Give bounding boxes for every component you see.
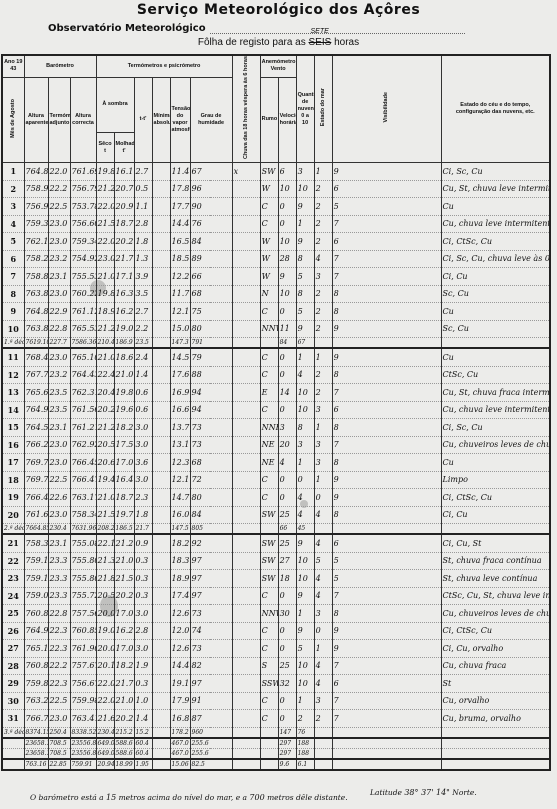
cell-tens: 16.0	[170, 506, 190, 524]
summary-hum: 805	[190, 524, 232, 535]
cell-corr: 755.80	[70, 552, 96, 570]
cell-seco: 19.4	[96, 471, 114, 489]
cell-vis: 8	[332, 419, 441, 437]
cell-nuv: 2	[296, 710, 314, 728]
cell-term: 22.5	[48, 471, 70, 489]
cell-min	[152, 366, 170, 384]
corrected-height-header: Altura correcta	[70, 77, 96, 163]
totals-cell: 255.6	[190, 748, 232, 759]
summary-mar	[314, 338, 332, 349]
anemometer-header: AnemómetroVento	[260, 55, 296, 77]
cell-corr: 762.31	[70, 384, 96, 402]
cell-obs: Ci, CtSc, Cu	[441, 489, 550, 507]
cell-alt: 764.80	[24, 303, 48, 321]
cell-min	[152, 471, 170, 489]
cell-day: 3	[2, 198, 24, 216]
cell-molh: 16.1	[114, 163, 134, 181]
summary-min	[152, 727, 170, 738]
cell-nuv: 1	[296, 215, 314, 233]
cell-alt: 756.90	[24, 198, 48, 216]
cell-corr: 765.10	[70, 348, 96, 366]
totals-cell: 297	[278, 748, 296, 759]
cell-tens: 12.0	[170, 622, 190, 640]
cell-rumo: NE	[260, 454, 278, 472]
cell-alt: 764.95	[24, 622, 48, 640]
cell-day: 28	[2, 657, 24, 675]
totals-cell	[232, 748, 260, 759]
cell-tens: 14.5	[170, 348, 190, 366]
summary-hum: 791	[190, 338, 232, 349]
summary-term: 230.4	[48, 524, 70, 535]
cell-tens: 15.0	[170, 320, 190, 338]
cell-nuv: 1	[296, 454, 314, 472]
cell-day: 17	[2, 454, 24, 472]
sky-state-header: Estado do céu e do tempo, configuração d…	[441, 55, 550, 163]
cell-corr: 756.79	[70, 180, 96, 198]
cell-alt: 760.85	[24, 657, 48, 675]
table-row: 6758.2023.2754.9223.021.71.318.589W28847…	[2, 250, 550, 268]
cell-vis: 9	[332, 320, 441, 338]
cell-seco: 21.0	[96, 348, 114, 366]
cell-corr: 757.67	[70, 657, 96, 675]
cell-vel: 18	[278, 570, 296, 588]
cell-tt: 0.6	[134, 384, 152, 402]
cell-term: 23.1	[48, 419, 70, 437]
cell-tens: 12.1	[170, 471, 190, 489]
cell-min	[152, 587, 170, 605]
cell-mar: 1	[314, 348, 332, 366]
cell-mar: 4	[314, 534, 332, 552]
cell-nuv: 9	[296, 622, 314, 640]
cell-seco: 21.8	[96, 570, 114, 588]
cell-day: 19	[2, 489, 24, 507]
cell-obs: Ci, CtSc, Cu	[441, 233, 550, 251]
totals-cell	[260, 738, 278, 749]
cell-seco: 20.1	[96, 657, 114, 675]
cell-vel: 0	[278, 198, 296, 216]
t-diff-header: t-t'	[134, 77, 152, 163]
cell-day: 22	[2, 552, 24, 570]
observatory-label: Observatório Meteorológico	[48, 23, 206, 34]
cell-vel: 4	[278, 454, 296, 472]
cell-corr: 760.22	[70, 285, 96, 303]
cell-rumo: W	[260, 180, 278, 198]
summary-nuv: 76	[296, 727, 314, 738]
totals-cell: 60.4	[134, 748, 152, 759]
cell-mar: 3	[314, 454, 332, 472]
table-row: 9764.8022.9761.1218.916.22.712.175C0528C…	[2, 303, 550, 321]
cell-term: 23.0	[48, 233, 70, 251]
totals-cell	[232, 738, 260, 749]
cell-mar: 4	[314, 657, 332, 675]
cell-chuva	[232, 233, 260, 251]
cell-nuv: 8	[296, 250, 314, 268]
totals-cell	[441, 759, 550, 770]
cell-chuva	[232, 320, 260, 338]
cell-vis: 8	[332, 454, 441, 472]
cell-term: 23.5	[48, 384, 70, 402]
cell-molh: 16.4	[114, 471, 134, 489]
cell-vel: 10	[278, 180, 296, 198]
cell-term: 23.0	[48, 436, 70, 454]
table-row: 13765.6523.5762.3120.419.80.616.994E1410…	[2, 384, 550, 402]
cell-tens: 12.2	[170, 268, 190, 286]
cell-vis: 6	[332, 534, 441, 552]
visibility-header: Visibilidade	[383, 92, 390, 122]
table-row: 26764.9522.3760.8519.016.22.812.074C0909…	[2, 622, 550, 640]
summary-obs	[441, 727, 550, 738]
cell-hum: 74	[190, 622, 232, 640]
cell-molh: 18.2	[114, 419, 134, 437]
summary-day: 2.ª década	[2, 524, 24, 535]
cell-corr: 765.53	[70, 320, 96, 338]
cell-vel: 0	[278, 622, 296, 640]
table-row: 20761.6023.0758.3421.519.71.816.084SW254…	[2, 506, 550, 524]
cell-tt: 3.6	[134, 454, 152, 472]
cell-corr: 758.34	[70, 506, 96, 524]
cell-chuva	[232, 570, 260, 588]
cell-corr: 763.17	[70, 489, 96, 507]
cell-seco: 22.0	[96, 692, 114, 710]
thermometers-header: Termómetros e psicrómetro	[96, 55, 232, 77]
table-row: 27765.1022.3761.9020.017.03.012.673C0519…	[2, 640, 550, 658]
cell-obs: Sc, Cu	[441, 320, 550, 338]
totals-cell: 297	[278, 738, 296, 749]
cell-molh: 17.1	[114, 268, 134, 286]
cell-molh: 21.0	[114, 692, 134, 710]
cell-term: 22.3	[48, 675, 70, 693]
cell-seco: 20.0	[96, 640, 114, 658]
cell-obs: Cu, chuveiros leves de chuva durante a n…	[441, 436, 550, 454]
cell-vis: 9	[332, 163, 441, 181]
cell-obs: St	[441, 675, 550, 693]
cell-nuv: 10	[296, 570, 314, 588]
cell-nuv: 5	[296, 640, 314, 658]
cell-tens: 12.6	[170, 605, 190, 623]
cell-obs: St, chuva fraca contínua	[441, 552, 550, 570]
cell-rumo: NNW	[260, 605, 278, 623]
cell-vis: 5	[332, 198, 441, 216]
cell-nuv: 4	[296, 366, 314, 384]
cell-tt: 1.8	[134, 233, 152, 251]
cell-term: 23.0	[48, 454, 70, 472]
cell-term: 22.3	[48, 640, 70, 658]
cell-vel: 25	[278, 657, 296, 675]
cell-alt: 763.80	[24, 320, 48, 338]
cell-term: 23.1	[48, 534, 70, 552]
cell-hum: 75	[190, 303, 232, 321]
summary-day: 1.ª década	[2, 338, 24, 349]
cell-alt: 759.85	[24, 675, 48, 693]
cell-obs: Ci, Sc, Cu	[441, 419, 550, 437]
cell-vel: 11	[278, 320, 296, 338]
cell-corr: 755.08	[70, 534, 96, 552]
cell-rumo: NNE	[260, 419, 278, 437]
cell-mar: 3	[314, 401, 332, 419]
summary-molh: 186.9	[114, 338, 134, 349]
table-row: 17769.7523.0766.4520.617.03.612.368NE413…	[2, 454, 550, 472]
totals-cell: 60.4	[134, 738, 152, 749]
summary-chuva	[232, 338, 260, 349]
cell-corr: 755.53	[70, 268, 96, 286]
cell-term: 23.2	[48, 250, 70, 268]
cell-vis: 7	[332, 692, 441, 710]
summary-tt: 23.5	[134, 338, 152, 349]
cell-term: 22.6	[48, 489, 70, 507]
table-row: 4759.3023.0756.6021.518.72.814.476C0127C…	[2, 215, 550, 233]
totals-cell: 82.5	[190, 759, 232, 770]
cell-day: 26	[2, 622, 24, 640]
cell-tt: 0.5	[134, 180, 152, 198]
summary-rumo	[260, 338, 278, 349]
cell-min	[152, 489, 170, 507]
cell-tt: 0.3	[134, 570, 152, 588]
cell-day: 4	[2, 215, 24, 233]
summary-tens: 147.5	[170, 524, 190, 535]
cell-tens: 16.8	[170, 710, 190, 728]
cell-min	[152, 163, 170, 181]
cell-obs: Sc, Cu	[441, 285, 550, 303]
vapor-tension-header: Tensão do vapor atmosférico	[170, 77, 190, 163]
cell-rumo: SW	[260, 163, 278, 181]
cell-day: 15	[2, 419, 24, 437]
cell-day: 29	[2, 675, 24, 693]
cell-min	[152, 534, 170, 552]
cell-nuv: 8	[296, 419, 314, 437]
cell-vis: 9	[332, 471, 441, 489]
decade-summary-row: 2.ª década7664.85230.47631.96208.2186.52…	[2, 524, 550, 535]
cell-hum: 72	[190, 471, 232, 489]
cell-nuv: 10	[296, 384, 314, 402]
cell-mar: 2	[314, 366, 332, 384]
cell-tt: 3.0	[134, 605, 152, 623]
cell-term: 22.8	[48, 605, 70, 623]
cell-nuv: 10	[296, 657, 314, 675]
cell-tens: 11.7	[170, 285, 190, 303]
cell-chuva	[232, 552, 260, 570]
cell-vel: 20	[278, 436, 296, 454]
cell-mar: 4	[314, 587, 332, 605]
cell-nuv: 10	[296, 552, 314, 570]
totals-cell: 23556.84	[70, 748, 96, 759]
cell-alt: 766.75	[24, 710, 48, 728]
cell-hum: 94	[190, 384, 232, 402]
table-row: 10763.8022.8765.5321.219.02.215.080NNW11…	[2, 320, 550, 338]
summary-tens: 147.3	[170, 338, 190, 349]
table-row: 31766.7523.0763.4121.620.21.416.887C0227…	[2, 710, 550, 728]
table-row: 30763.2022.5759.9822.021.01.017.991C0137…	[2, 692, 550, 710]
cell-hum: 67	[190, 163, 232, 181]
cell-tens: 19.1	[170, 675, 190, 693]
cell-tens: 17.8	[170, 180, 190, 198]
cell-molh: 17.0	[114, 454, 134, 472]
cell-min	[152, 570, 170, 588]
cell-nuv: 9	[296, 534, 314, 552]
cell-chuva	[232, 401, 260, 419]
clouds-header: Quantidade de nuvens 0 a 10	[296, 55, 314, 163]
cell-mar: 5	[314, 552, 332, 570]
cell-mar: 3	[314, 692, 332, 710]
cell-term: 23.5	[48, 401, 70, 419]
totals-cell	[152, 759, 170, 770]
cell-tens: 14.4	[170, 657, 190, 675]
cell-corr: 757.56	[70, 605, 96, 623]
cell-hum: 80	[190, 320, 232, 338]
cell-term: 23.0	[48, 215, 70, 233]
cell-obs: Ci, Cu, St	[441, 534, 550, 552]
cell-tt: 1.0	[134, 692, 152, 710]
cell-hum: 84	[190, 506, 232, 524]
cell-molh: 19.8	[114, 384, 134, 402]
cell-hum: 73	[190, 436, 232, 454]
cell-chuva	[232, 489, 260, 507]
cell-mar: 1	[314, 471, 332, 489]
cell-molh: 19.0	[114, 320, 134, 338]
cell-vis: 9	[332, 622, 441, 640]
table-row: 18769.7022.5766.4719.416.43.012.172C0019…	[2, 471, 550, 489]
cell-day: 14	[2, 401, 24, 419]
cell-tt: 3.0	[134, 436, 152, 454]
cell-mar: 2	[314, 198, 332, 216]
cell-day: 25	[2, 605, 24, 623]
cell-tt: 1.4	[134, 710, 152, 728]
cell-tt: 2.2	[134, 320, 152, 338]
totals-cell	[152, 748, 170, 759]
table-row: 7758.8023.1755.5321.017.13.912.266W9537C…	[2, 268, 550, 286]
cell-mar: 1	[314, 640, 332, 658]
cell-hum: 92	[190, 534, 232, 552]
cell-hum: 73	[190, 640, 232, 658]
totals-cell	[332, 759, 441, 770]
cell-hum: 97	[190, 675, 232, 693]
cell-obs: St, chuva leve contínua	[441, 570, 550, 588]
cell-term: 23.0	[48, 348, 70, 366]
summary-rumo	[260, 524, 278, 535]
cell-vis: 9	[332, 640, 441, 658]
table-row: 25760.8522.8757.5620.017.03.012.673NNW30…	[2, 605, 550, 623]
table-body: 1764.8522.0761.6919.816.12.711.467xSW631…	[2, 163, 550, 770]
summary-seco: 210.4	[96, 338, 114, 349]
summary-alt: 7664.85	[24, 524, 48, 535]
summary-tt: 21.7	[134, 524, 152, 535]
cell-chuva	[232, 454, 260, 472]
summary-tens: 178.2	[170, 727, 190, 738]
cell-alt: 758.20	[24, 250, 48, 268]
cell-hum: 96	[190, 180, 232, 198]
cell-chuva	[232, 534, 260, 552]
register-table: Ano 19 43 Barómetro Termómetros e psicró…	[1, 54, 551, 771]
cell-vis: 5	[332, 552, 441, 570]
footer-latitude: Latitude 38° 37' 14" Norte.	[370, 788, 477, 797]
cell-tens: 16.6	[170, 401, 190, 419]
cell-obs: Cu, chuva fraca	[441, 657, 550, 675]
cell-seco: 20.5	[96, 587, 114, 605]
cell-chuva	[232, 587, 260, 605]
cell-hum: 97	[190, 552, 232, 570]
cell-term: 22.5	[48, 198, 70, 216]
cell-seco: 20.5	[96, 436, 114, 454]
cell-tens: 18.3	[170, 552, 190, 570]
cell-corr: 754.92	[70, 250, 96, 268]
cell-corr: 755.80	[70, 570, 96, 588]
cell-alt: 766.40	[24, 489, 48, 507]
table-row: 12767.7523.2764.4322.421.01.417.688C0428…	[2, 366, 550, 384]
cell-mar: 4	[314, 506, 332, 524]
cell-mar: 4	[314, 570, 332, 588]
cell-molh: 16.2	[114, 622, 134, 640]
speed-header: Velocidade horária	[278, 77, 296, 163]
cell-mar: 0	[314, 622, 332, 640]
cell-day: 6	[2, 250, 24, 268]
cell-vis: 5	[332, 570, 441, 588]
cell-nuv: 9	[296, 587, 314, 605]
cell-tens: 12.1	[170, 303, 190, 321]
cell-alt: 760.85	[24, 605, 48, 623]
cell-hum: 82	[190, 657, 232, 675]
hour-corrected: SETE	[311, 28, 329, 35]
cell-molh: 18.2	[114, 657, 134, 675]
cell-alt: 764.90	[24, 401, 48, 419]
cell-vis: 8	[332, 303, 441, 321]
cell-rumo: C	[260, 471, 278, 489]
cell-min	[152, 348, 170, 366]
cell-nuv: 5	[296, 303, 314, 321]
totals-cell: 255.6	[190, 738, 232, 749]
totals-cell: 763.16	[24, 759, 48, 770]
cell-alt: 764.50	[24, 419, 48, 437]
cell-rumo: N	[260, 285, 278, 303]
cell-hum: 66	[190, 268, 232, 286]
totals-cell	[232, 759, 260, 770]
shade-header: À sombra	[96, 77, 134, 133]
cell-obs: Cu	[441, 454, 550, 472]
cell-chuva	[232, 348, 260, 366]
cell-term: 22.0	[48, 163, 70, 181]
cell-min	[152, 454, 170, 472]
totals-cell: 23556.84	[70, 738, 96, 749]
cell-rumo: SW	[260, 506, 278, 524]
totals-row-means: 763.1622.85759.9120.9418.991.9515.0682.5…	[2, 759, 550, 770]
cell-min	[152, 233, 170, 251]
cell-vel: 30	[278, 605, 296, 623]
cell-molh: 21.7	[114, 250, 134, 268]
summary-nuv: 67	[296, 338, 314, 349]
cell-term: 22.2	[48, 657, 70, 675]
cell-molh: 20.2	[114, 587, 134, 605]
direction-header: Rumo	[260, 77, 278, 163]
cell-min	[152, 506, 170, 524]
cell-vel: 10	[278, 285, 296, 303]
cell-molh: 20.7	[114, 180, 134, 198]
summary-molh: 215.2	[114, 727, 134, 738]
cell-seco: 19.8	[96, 285, 114, 303]
cell-day: 24	[2, 587, 24, 605]
cell-seco: 22.4	[96, 366, 114, 384]
cell-molh: 16.2	[114, 303, 134, 321]
cell-min	[152, 215, 170, 233]
cell-mar: 2	[314, 303, 332, 321]
cell-tens: 16.9	[170, 384, 190, 402]
cell-vel: 10	[278, 233, 296, 251]
cell-corr: 761.90	[70, 640, 96, 658]
cell-nuv: 9	[296, 233, 314, 251]
cell-obs: CtSc, Cu, St, chuva leve intermitente	[441, 587, 550, 605]
cell-day: 18	[2, 471, 24, 489]
cell-min	[152, 250, 170, 268]
totals-cell: 649.0	[96, 738, 114, 749]
cell-corr: 761.21	[70, 419, 96, 437]
cell-nuv: 10	[296, 180, 314, 198]
